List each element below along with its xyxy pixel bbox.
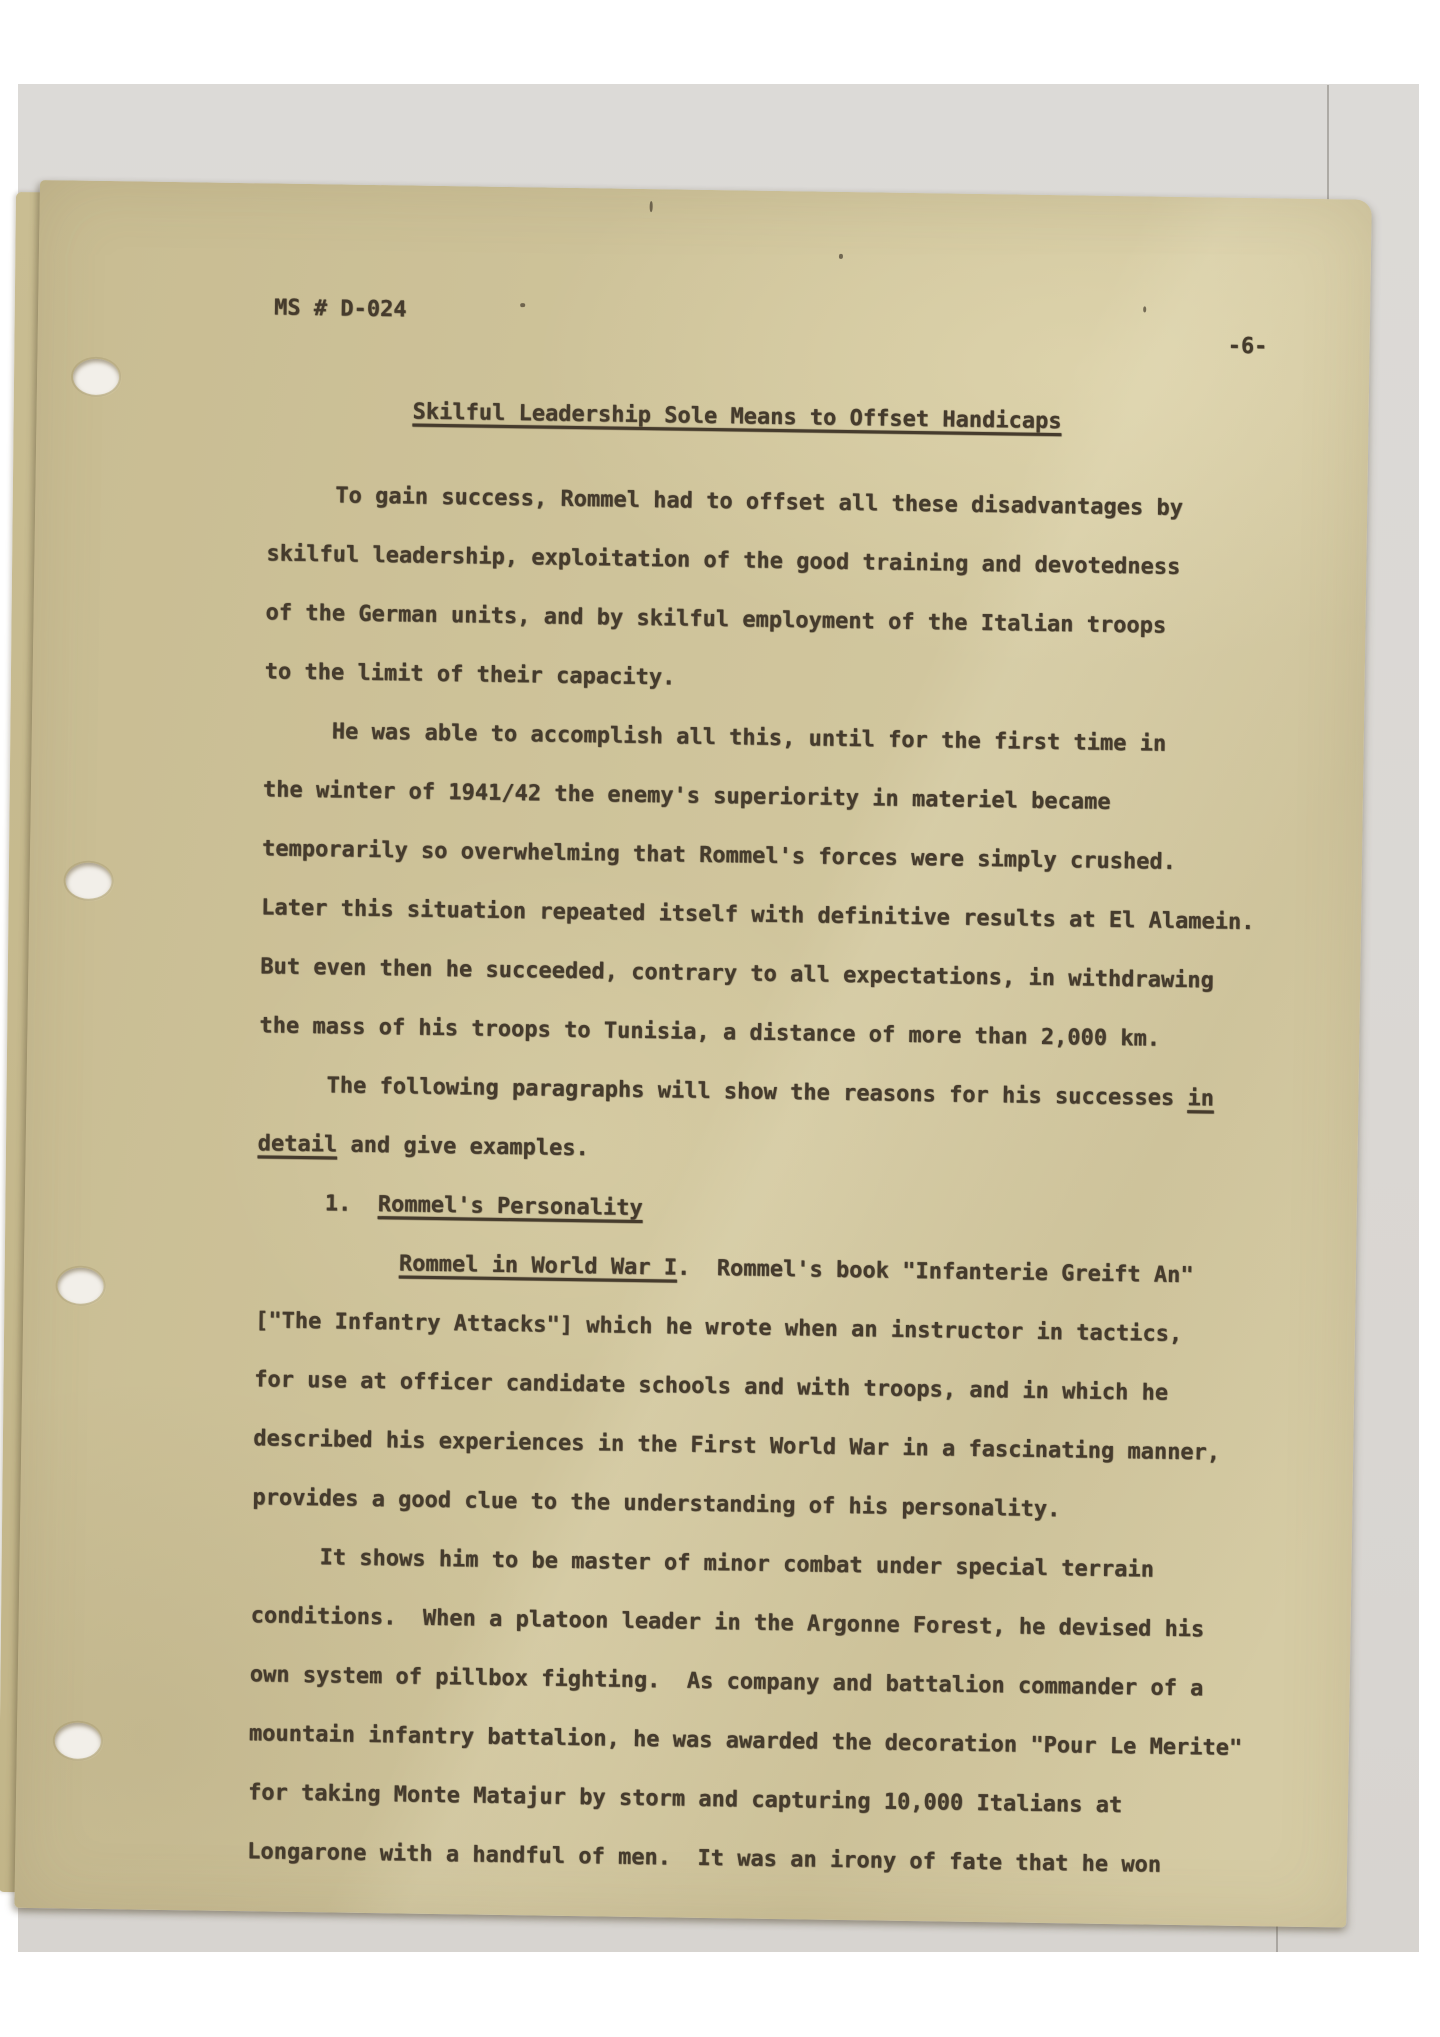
text-segment: temporarily so overwhelming that Rommel'…	[262, 836, 1176, 875]
text-segment: The following paragraphs will show the r…	[326, 1073, 1187, 1111]
text-segment: He was able to accomplish all this, unti…	[332, 719, 1167, 756]
document-title: Skilful Leadership Sole Means to Offset …	[412, 400, 1061, 435]
text-segment: Longarone with a handful of men. It was …	[247, 1839, 1161, 1878]
text-segment: skilful leadership, exploitation of the …	[266, 541, 1180, 580]
underlined-text: Rommel in World War I	[399, 1251, 677, 1280]
ink-speck	[520, 303, 525, 307]
text-segment: But even then he succeeded, contrary to …	[260, 954, 1214, 993]
paper-sheet: MS # D-024 -6- Skilful Leadership Sole M…	[14, 180, 1371, 1928]
punch-hole	[55, 1722, 102, 1759]
text-segment: It shows him to be master of minor comba…	[319, 1545, 1154, 1582]
text-segment: Later this situation repeated itself wit…	[261, 895, 1255, 935]
text-segment: . Rommel's book "Infanterie Greift An"	[677, 1256, 1194, 1289]
text-segment: the mass of his troops to Tunisia, a dis…	[259, 1013, 1160, 1051]
ink-speck	[1143, 306, 1146, 312]
punch-hole	[65, 862, 112, 899]
text-segment: conditions. When a platoon leader in the…	[251, 1603, 1205, 1642]
text-segment: to the limit of their capacity.	[265, 659, 676, 690]
text-segment: of the German units, and by skilful empl…	[265, 600, 1166, 638]
underlined-text: Rommel's Personality	[378, 1192, 643, 1221]
underlined-text: in	[1187, 1086, 1214, 1111]
text-segment: ["The Infantry Attacks"] which he wrote …	[255, 1308, 1182, 1347]
text-segment: for taking Monte Matajur by storm and ca…	[248, 1780, 1122, 1818]
punch-hole	[57, 1267, 104, 1304]
text-segment: the winter of 1941/42 the enemy's superi…	[263, 777, 1111, 815]
ink-speck	[839, 254, 843, 259]
document-body: To gain success, Rommel had to offset al…	[247, 465, 1328, 1897]
text-segment: To gain success, Rommel had to offset al…	[335, 483, 1183, 521]
text-segment: 1.	[325, 1191, 378, 1217]
text-segment: for use at officer candidate schools and…	[254, 1367, 1168, 1406]
punch-hole	[73, 359, 120, 396]
text-segment: and give examples.	[337, 1133, 589, 1162]
ink-speck	[650, 201, 653, 212]
text-segment: mountain infantry battalion, he was awar…	[249, 1721, 1243, 1761]
scan-crease-line	[1327, 85, 1329, 209]
text-segment: own system of pillbox fighting. As compa…	[250, 1662, 1204, 1701]
underlined-text: detail	[258, 1131, 338, 1157]
document-id: MS # D-024	[274, 295, 407, 322]
text-segment: provides a good clue to the understandin…	[252, 1485, 1060, 1522]
text-segment: described his experiences in the First W…	[253, 1426, 1220, 1465]
page-number: -6-	[1227, 334, 1267, 360]
